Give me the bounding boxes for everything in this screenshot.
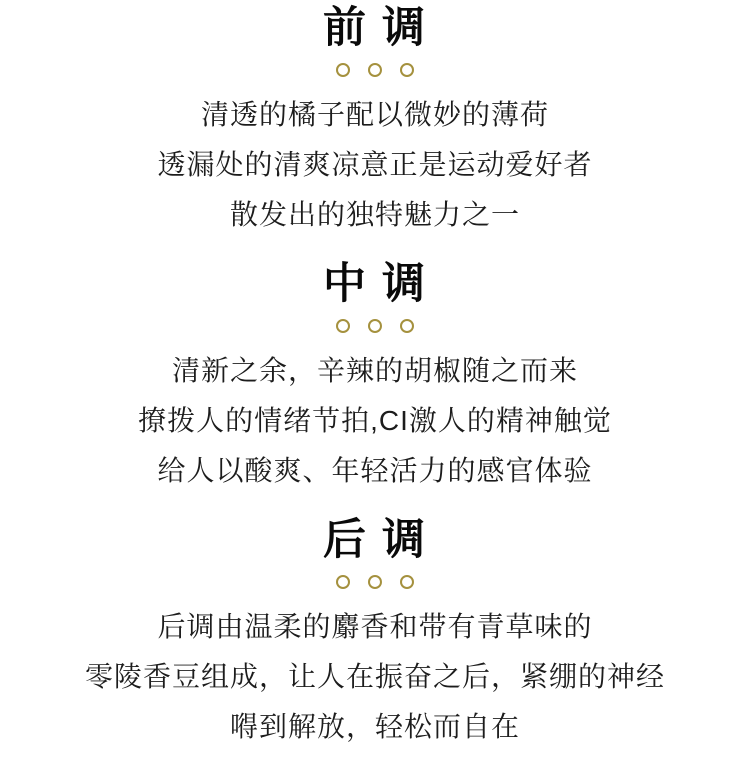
ring-icon bbox=[336, 575, 350, 589]
note-line: 撩拨人的情绪节拍,CI激人的精神触觉 bbox=[0, 396, 750, 446]
ring-icon bbox=[368, 63, 382, 77]
ring-icon bbox=[336, 63, 350, 77]
base-note-description: 后调由温柔的麝香和带有青草味的 零陵香豆组成，让人在振奋之后，紧绷的神经 嘚到解… bbox=[0, 602, 750, 752]
middle-note-description: 清新之余，辛辣的胡椒随之而来 撩拨人的情绪节拍,CI激人的精神触觉 给人以酸爽、… bbox=[0, 346, 750, 496]
note-line: 后调由温柔的麝香和带有青草味的 bbox=[0, 602, 750, 652]
circle-divider bbox=[0, 575, 750, 589]
note-line: 零陵香豆组成，让人在振奋之后，紧绷的神经 bbox=[0, 652, 750, 702]
base-note-section: 后 调 后调由温柔的麝香和带有青草味的 零陵香豆组成，让人在振奋之后，紧绷的神经… bbox=[0, 518, 750, 752]
circle-divider bbox=[0, 63, 750, 77]
note-line: 清新之余，辛辣的胡椒随之而来 bbox=[0, 346, 750, 396]
ring-icon bbox=[368, 575, 382, 589]
top-note-description: 清透的橘子配以微妙的薄荷 透漏处的清爽凉意正是运动爱好者 散发出的独特魅力之一 bbox=[0, 90, 750, 240]
note-line: 清透的橘子配以微妙的薄荷 bbox=[0, 90, 750, 140]
note-line: 嘚到解放，轻松而自在 bbox=[0, 702, 750, 752]
top-note-section: 前 调 清透的橘子配以微妙的薄荷 透漏处的清爽凉意正是运动爱好者 散发出的独特魅… bbox=[0, 6, 750, 240]
note-line: 给人以酸爽、年轻活力的感官体验 bbox=[0, 446, 750, 496]
circle-divider bbox=[0, 319, 750, 333]
note-line: 散发出的独特魅力之一 bbox=[0, 190, 750, 240]
middle-note-title: 中 调 bbox=[0, 262, 750, 306]
fragrance-notes-page: 前 调 清透的橘子配以微妙的薄荷 透漏处的清爽凉意正是运动爱好者 散发出的独特魅… bbox=[0, 0, 750, 758]
note-line: 透漏处的清爽凉意正是运动爱好者 bbox=[0, 140, 750, 190]
ring-icon bbox=[400, 63, 414, 77]
top-note-title: 前 调 bbox=[0, 6, 750, 50]
ring-icon bbox=[368, 319, 382, 333]
ring-icon bbox=[336, 319, 350, 333]
base-note-title: 后 调 bbox=[0, 518, 750, 562]
middle-note-section: 中 调 清新之余，辛辣的胡椒随之而来 撩拨人的情绪节拍,CI激人的精神触觉 给人… bbox=[0, 262, 750, 496]
ring-icon bbox=[400, 575, 414, 589]
ring-icon bbox=[400, 319, 414, 333]
